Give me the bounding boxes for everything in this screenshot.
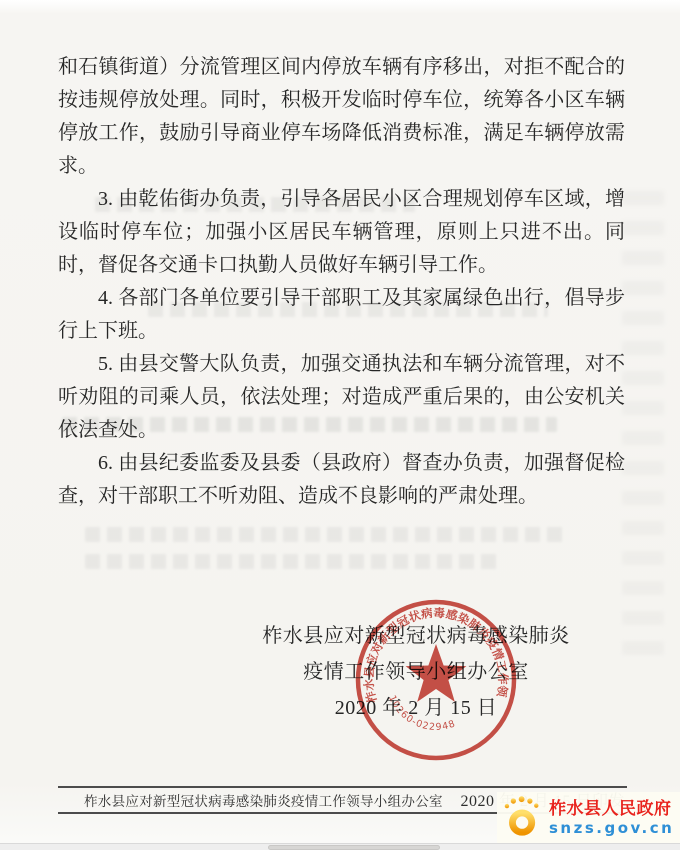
paragraph-item-3: 3. 由乾佑街办负责，引导各居民小区合理规划停车区域，增设临时停车位；加强小区居… (58, 183, 625, 282)
seal-star-icon (406, 644, 467, 702)
paragraph-item-5: 5. 由县交警大队负责，加强交通执法和车辆分流管理，对不听劝阻的司乘人员，依法处… (58, 348, 625, 447)
bleedthrough-artifact (85, 527, 563, 542)
paragraph-continuation: 和石镇街道）分流管理区间内停放车辆有序移出，对拒不配合的按违规停放处理。同时，积… (58, 51, 625, 183)
document-page: 和石镇街道）分流管理区间内停放车辆有序移出，对拒不配合的按违规停放处理。同时，积… (0, 0, 680, 850)
watermark-site-name: 柞水县人民政府 (549, 798, 674, 819)
watermark-site-url: snzs.gov.cn (549, 819, 674, 838)
government-logo-icon (501, 795, 545, 841)
bleedthrough-artifact (85, 554, 500, 569)
svg-text:10260-022948: 10260-022948 (386, 694, 457, 733)
official-seal: 柞水县应对新型冠状病毒感染肺炎疫情工作领导小组办公室 10260-022948 (348, 592, 524, 768)
horizontal-scrollbar[interactable] (0, 843, 680, 850)
footer-issuer: 柞水县应对新型冠状病毒感染肺炎疫情工作领导小组办公室 (84, 790, 443, 810)
paragraph-item-4: 4. 各部门各单位要引导干部职工及其家属绿色出行，倡导步行上下班。 (58, 282, 625, 348)
watermark-text: 柞水县人民政府 snzs.gov.cn (549, 798, 674, 838)
document-body: 和石镇街道）分流管理区间内停放车辆有序移出，对拒不配合的按违规停放处理。同时，积… (58, 51, 625, 513)
site-watermark: 柞水县人民政府 snzs.gov.cn (497, 792, 680, 844)
paragraph-item-6: 6. 由县纪委监委及县委（县政府）督查办负责，加强督促检查，对干部职工不听劝阻、… (58, 447, 625, 513)
bleedthrough-artifact (622, 185, 664, 655)
seal-code-number: 10260-022948 (386, 694, 457, 733)
scrollbar-thumb[interactable] (268, 845, 440, 850)
